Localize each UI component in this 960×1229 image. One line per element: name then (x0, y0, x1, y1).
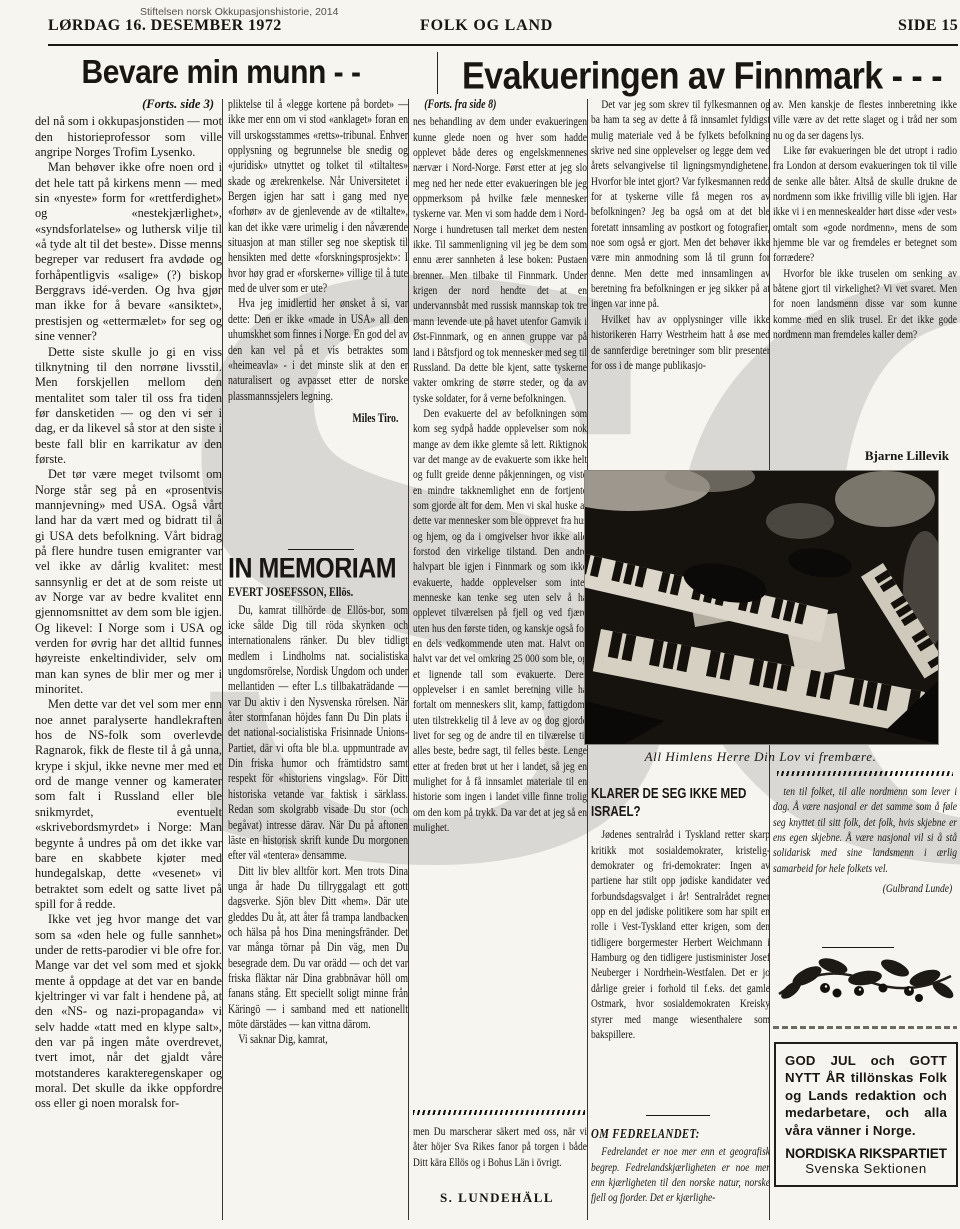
right-article-title: Evakueringen av Finnmark - - - (448, 55, 956, 99)
section-rule (646, 1115, 710, 1116)
article-text: pliktelse til å «legge kortene på bordet… (228, 97, 408, 404)
column-divider (222, 99, 223, 1220)
greeting-text: GOD JUL och GOTT NYTT ÅR tillönskas Folk… (785, 1052, 947, 1139)
paragraph: Like før evakueringen ble det utropt i r… (773, 143, 957, 266)
fedrelandet-title: OM FEDRELANDET: (591, 1126, 770, 1141)
fedrelandet-text: Fedrelandet er noe mer enn et geografisk… (591, 1144, 770, 1205)
organ-keyboard-image (585, 471, 938, 744)
left-article-column-2: pliktelse til å «legge kortene på bordet… (228, 97, 408, 543)
wavy-divider (777, 771, 953, 776)
greeting-ad-box: GOD JUL och GOTT NYTT ÅR tillönskas Folk… (774, 1042, 958, 1187)
page-number: SIDE 15 (898, 17, 958, 35)
issue-date: LØRDAG 16. DESEMBER 1972 (48, 17, 282, 35)
israel-section-text: Jødenes sentralråd i Tyskland retter ska… (591, 827, 770, 1042)
in-memoriam-text: Du, kamrat tillhörde de Ellös-bor, som i… (228, 603, 408, 1048)
title-divider (437, 52, 438, 94)
holly-garland-icon (773, 950, 957, 1014)
paragraph: Det tør være meget tvilsomt om Norge stå… (35, 467, 222, 697)
continuation-note: (Forts. side 3) (35, 97, 222, 112)
author-signature: Miles Tiro. (228, 411, 408, 426)
article-text: nes behandling av dem under evakueringen… (413, 114, 587, 835)
header-rule (48, 44, 958, 46)
quote-attribution: (Gulbrand Lunde) (773, 881, 957, 896)
paragraph: Det var jeg som skrev til fylkesmannen o… (591, 97, 770, 312)
organization-name: NORDISKA RIKSPARTIET (785, 1146, 947, 1161)
section-rule (822, 947, 894, 948)
paragraph: Dette siste skulle jo gi en viss tilknyt… (35, 345, 222, 468)
israel-section-title: KLARER DE SEG IKKE MED ISRAEL? (591, 786, 770, 821)
paragraph: Men dette var det vel som mer enn noe an… (35, 697, 222, 912)
masthead: FOLK OG LAND (420, 17, 553, 35)
paragraph: av. Men kanskje de flestes innberetning … (773, 97, 957, 143)
paragraph: nes behandling av dem under evakueringen… (413, 114, 587, 406)
in-memoriam-signature: S. LUNDEHÄLL (413, 1190, 581, 1206)
in-memoriam-subject: EVERT JOSEFSSON, Ellös. (228, 585, 408, 600)
paragraph: Ikke vet jeg hvor mange det var som sa «… (35, 912, 222, 1111)
continuation-note: (Forts. fra side 8) (413, 97, 587, 112)
israel-section: KLARER DE SEG IKKE MED ISRAEL? Jødenes s… (591, 786, 770, 1108)
section-rule (288, 549, 354, 550)
in-memoriam-section: IN MEMORIAM EVERT JOSEFSSON, Ellös. Du, … (228, 558, 408, 1222)
newspaper-page: SO Stiftelsen norsk Okkupasjonshistorie,… (0, 0, 960, 1229)
fedrelandet-text-continued: ten til folket, til alle nordmenn som le… (773, 784, 957, 876)
organ-photo (584, 470, 939, 745)
right-article-column-3: av. Men kanskje de flestes innberetning … (773, 97, 957, 447)
article-text: Det var jeg som skrev til fylkesmannen o… (591, 97, 770, 373)
rough-rule (773, 1026, 957, 1029)
paragraph: men Du marscherar säkert med oss, när vi… (413, 1124, 587, 1170)
right-article-column-1: (Forts. fra side 8) nes behandling av de… (413, 97, 587, 1100)
paragraph: Hva jeg imidlertid her ønsket å si, var … (228, 296, 408, 403)
left-article-title: Bevare min munn - - (35, 54, 407, 92)
in-memoriam-closing: men Du marscherar säkert med oss, när vi… (413, 1124, 587, 1170)
right-article-signature: Bjarne Lillevik (773, 448, 949, 464)
paragraph: Den evakuerte del av befolkningen som ko… (413, 406, 587, 836)
in-memoriam-title: IN MEMORIAM (228, 560, 408, 578)
right-article-column-2: Det var jeg som skrev til fylkesmannen o… (591, 97, 770, 467)
organization-section: Svenska Sektionen (785, 1161, 947, 1176)
paragraph: del nå som i okkupasjonstiden — mot den … (35, 114, 222, 160)
left-article-column-1: (Forts. side 3) del nå som i okkupasjons… (35, 97, 222, 1223)
paragraph: Jødenes sentralråd i Tyskland retter ska… (591, 827, 770, 1042)
paragraph: Ditt liv blev alltför kort. Men trots Di… (228, 864, 408, 1033)
photo-caption: All Himlens Herre Din Lov vi frembære. (584, 749, 937, 765)
paragraph: Vi saknar Dig, kamrat, (228, 1032, 408, 1047)
paragraph: Du, kamrat tillhörde de Ellös-bor, som i… (228, 603, 408, 864)
paragraph: pliktelse til å «legge kortene på bordet… (228, 97, 408, 296)
fedrelandet-continuation: ten til folket, til alle nordmenn som le… (773, 768, 957, 944)
wavy-divider (413, 1110, 585, 1115)
column-divider (408, 99, 409, 1220)
fedrelandet-section: OM FEDRELANDET: Fedrelandet er noe mer e… (591, 1126, 770, 1226)
holly-garland-graphic (773, 950, 957, 1014)
article-text: del nå som i okkupasjonstiden — mot den … (35, 114, 222, 1111)
paragraph: Man behøver ikke ofre noen ord i det hel… (35, 160, 222, 344)
paragraph: Hvorfor ble ikke truselen om senking av … (773, 266, 957, 343)
in-memoriam-continuation: men Du marscherar säkert med oss, när vi… (413, 1124, 587, 1190)
article-text: av. Men kanskje de flestes innberetning … (773, 97, 957, 343)
paragraph: Hvilket hav av opplysninger ville ikke h… (591, 312, 770, 373)
